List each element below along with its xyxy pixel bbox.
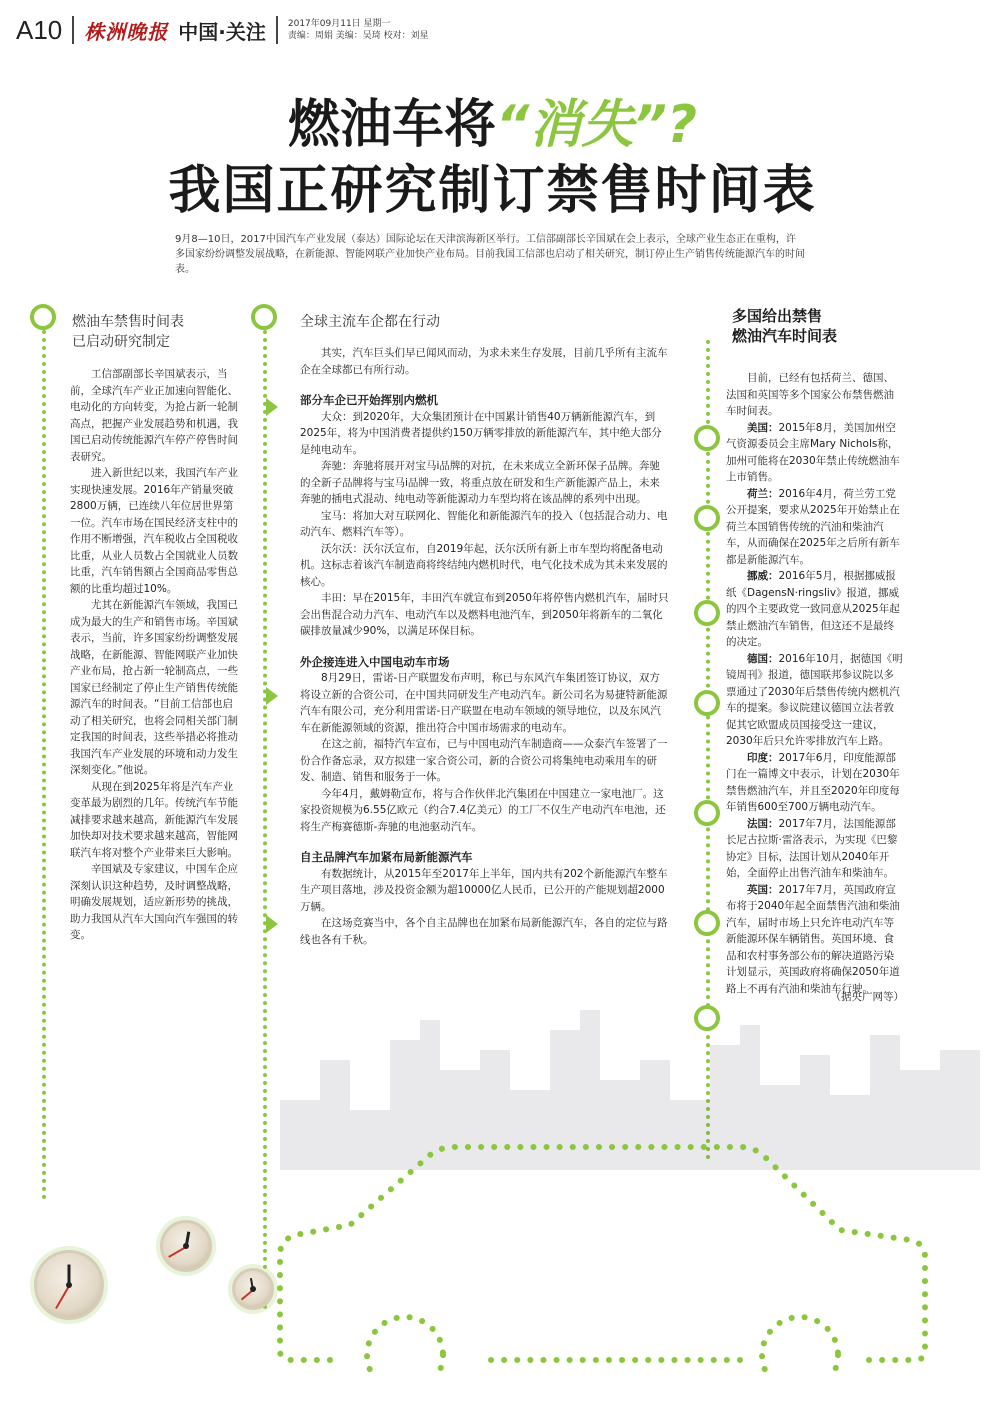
paragraph: 进入新世纪以来，我国汽车产业实现快速发展。2016年产销量突破2800万辆，已连… (70, 465, 240, 597)
right-title-line-1: 多国给出禁售 (732, 306, 837, 326)
right-title-line-2: 燃油汽车时间表 (732, 326, 837, 346)
country-label: 德国： (747, 653, 779, 665)
timeline-ring-icon (694, 910, 720, 936)
country-item: 荷兰：2016年4月，荷兰劳工党公开提案，要求从2025年开始禁止在荷兰本国销售… (726, 486, 904, 569)
headline-line-2: 我国正研究制订禁售时间表 (0, 148, 985, 223)
editor-line: 责编：周娟 美编：吴琦 校对：刘星 (288, 30, 429, 42)
subhead: 外企接连进入中国电动车市场 (300, 654, 670, 671)
timeline-ring-icon (251, 304, 277, 330)
country-item: 美国：2015年8月，美国加州空气资源委员会主席Mary Nichols称，加州… (726, 420, 904, 486)
country-text: 2017年7月，英国政府宣布将于2040年起全面禁售汽油和柴油汽车，届时市场上只… (726, 884, 900, 995)
clock-hand (55, 1286, 70, 1310)
country-label: 印度： (747, 752, 779, 764)
clock-center (183, 1243, 189, 1249)
paragraph: 在这场竞赛当中，各个自主品牌也在加紧布局新能源汽车，各自的定位与路线也各有千秋。 (300, 915, 670, 948)
clock-icon (232, 1268, 274, 1310)
timeline-ring-icon (694, 800, 720, 826)
date-line: 2017年09月11日 星期一 (288, 18, 429, 30)
paragraph: 今年4月，戴姆勒宣布，将与合作伙伴北汽集团在中国建立一家电池厂。这家投资规模为6… (300, 786, 670, 836)
headline-quote: “消失”? (496, 95, 697, 155)
paragraph: 在这之前，福特汽车宣布，已与中国电动汽车制造商——众泰汽车签署了一份合作备忘录，… (300, 736, 670, 786)
section-arrow-icon (266, 687, 278, 705)
section-name: 中国·关注 (178, 16, 266, 45)
country-label: 挪威： (747, 570, 779, 582)
section-arrow-icon (266, 915, 278, 933)
left-column-title: 燃油车禁售时间表 已启动研究制定 (72, 312, 184, 352)
country-text: 2016年10月，据德国《明镜周刊》报道，德国联邦参议院以多票通过了2030年后… (726, 653, 903, 748)
right-column-body: 目前，已经有包括荷兰、德国、法国和英国等多个国家公布禁售燃油车时间表。 美国：2… (726, 370, 904, 1006)
paragraph: 奔驰：奔驰将展开对宝马i品牌的对抗，在未来成立全新环保子品牌。奔驰的全新子品牌将… (300, 458, 670, 508)
paragraph: 尤其在新能源汽车领域，我国已成为最大的生产和销售市场。辛国斌表示，当前，许多国家… (70, 597, 240, 779)
paragraph: 沃尔沃：沃尔沃宣布，自2019年起，沃尔沃所有新上市车型均将配备电动机。这标志着… (300, 541, 670, 591)
dotted-car-illustration (220, 1135, 940, 1375)
divider (276, 16, 278, 44)
country-item: 法国：2017年7月，法国能源部长尼古拉斯·雷洛表示，为实现《巴黎协定》目标，法… (726, 816, 904, 882)
country-label: 荷兰： (747, 488, 779, 500)
paragraph: 工信部副部长辛国斌表示，当前，全球汽车产业正加速向智能化、电动化的方向转变，为抢… (70, 366, 240, 465)
clock-center (250, 1286, 256, 1292)
newspaper-logo: 株洲晚报 (84, 16, 168, 45)
middle-column-body: 其实，汽车巨头们早已闻风而动，为求未来生存发展，目前几乎所有主流车企在全球都已有… (300, 345, 670, 948)
paragraph: 大众：到2020年，大众集团预计在中国累计销售40万辆新能源汽车，到2025年，… (300, 409, 670, 459)
paragraph: 有数据统计，从2015年至2017年上半年，国内共有202个新能源汽车整车生产项… (300, 866, 670, 916)
country-label: 法国： (747, 818, 779, 830)
country-label: 美国： (747, 422, 779, 434)
country-item: 德国：2016年10月，据德国《明镜周刊》报道，德国联邦参议院以多票通过了203… (726, 651, 904, 750)
clock-icon (34, 1250, 104, 1320)
country-item: 印度：2017年6月，印度能源部门在一篇博文中表示，计划在2030年禁售燃油汽车… (726, 750, 904, 816)
issue-meta: 2017年09月11日 星期一 责编：周娟 美编：吴琦 校对：刘星 (288, 18, 429, 42)
right-column-title: 多国给出禁售 燃油汽车时间表 (732, 306, 837, 346)
left-title-line-1: 燃油车禁售时间表 (72, 312, 184, 332)
clock-icon (160, 1220, 212, 1272)
paragraph: 丰田：早在2015年，丰田汽车就宣布到2050年将停售内燃机汽车，届时只会出售混… (300, 590, 670, 640)
timeline-ring-icon (30, 304, 56, 330)
headline-prefix: 燃油车将 (288, 95, 496, 155)
paragraph: 8月29日，雷诺-日产联盟发布声明，称已与东风汽车集团签订协议，双方将设立新的合… (300, 670, 670, 736)
timeline-dotted-line (42, 330, 46, 1200)
paragraph: 其实，汽车巨头们早已闻风而动，为求未来生存发展，目前几乎所有主流车企在全球都已有… (300, 345, 670, 378)
clock-center (66, 1282, 72, 1288)
paragraph: 辛国斌及专家建议，中国车企应深刻认识这种趋势，及时调整战略，明确发展规划，适应新… (70, 861, 240, 944)
lead-paragraph: 9月8—10日，2017中国汽车产业发展（泰达）国际论坛在天津滨海新区举行。工信… (175, 232, 805, 277)
headline-line-1: 燃油车将“消失”? (0, 82, 985, 157)
country-item: 英国：2017年7月，英国政府宣布将于2040年起全面禁售汽油和柴油汽车，届时市… (726, 882, 904, 998)
divider (72, 16, 74, 44)
masthead: A10 株洲晚报 中国·关注 2017年09月11日 星期一 责编：周娟 美编：… (16, 14, 429, 46)
country-item: 挪威：2016年5月，根据挪威报纸《DagensN·ringsliv》报道，挪威… (726, 568, 904, 651)
timeline-ring-icon (694, 600, 720, 626)
paragraph: 从现在到2025年将是汽车产业变革最为剧烈的几年。传统汽车节能减排要求越来越高，… (70, 779, 240, 862)
page-number: A10 (16, 15, 62, 46)
paragraph: 宝马：将加大对互联网化、智能化和新能源汽车的投入（包括混合动力、电动汽车、燃料汽… (300, 508, 670, 541)
left-column-body: 工信部副部长辛国斌表示，当前，全球汽车产业正加速向智能化、电动化的方向转变，为抢… (70, 366, 240, 944)
timeline-ring-icon (694, 690, 720, 716)
subhead: 自主品牌汽车加紧布局新能源汽车 (300, 849, 670, 866)
left-title-line-2: 已启动研究制定 (72, 332, 184, 352)
paragraph: 目前，已经有包括荷兰、德国、法国和英国等多个国家公布禁售燃油车时间表。 (726, 370, 904, 420)
timeline-ring-icon (694, 425, 720, 451)
subhead: 部分车企已开始挥别内燃机 (300, 392, 670, 409)
country-label: 英国： (747, 884, 779, 896)
section-arrow-icon (266, 398, 278, 416)
middle-column-title: 全球主流车企都在行动 (300, 312, 440, 332)
timeline-ring-icon (694, 505, 720, 531)
